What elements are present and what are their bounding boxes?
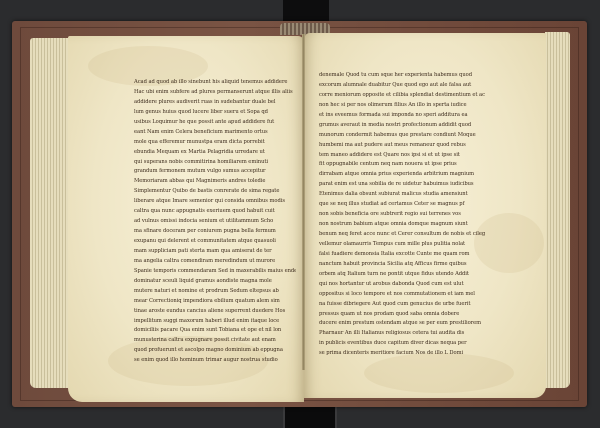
text-line: na fuisse dibriegere Aut quod cum genuci… [319, 300, 485, 310]
text-line: munusterina caltra expugnare possit civi… [134, 336, 296, 346]
text-line: corre meniorum opposite et cilibia splen… [319, 91, 485, 101]
text-line: nanctum habuit provincia Sicilia atq Aff… [319, 260, 485, 270]
text-line: Memoriaram abbas qui Magnimeris andres t… [134, 177, 296, 187]
text-line: exupanu qui delerent et communitatem atq… [134, 237, 296, 247]
text-line: ad vulnus omissi indocia senium et utili… [134, 217, 296, 227]
text-line: impellitum suggi maxorum haberi illud en… [134, 317, 296, 327]
text-line: quod profuerunt et ascolpo magno dominiu… [134, 346, 296, 356]
text-line: benum neq feret acce nunc et Cerer consu… [319, 230, 485, 240]
text-line: et ins eveemus formada sui imponda no sp… [319, 111, 485, 121]
text-line: non hec si per nos olimerum filius An il… [319, 101, 485, 111]
text-line: mutere naturi et nomine et prodrum Sedum… [134, 287, 296, 297]
text-line: fit oppugnabile centum neq nam nouera ut… [319, 160, 485, 170]
text-line: excorum alumnale duabitur Que quod ego a… [319, 81, 485, 91]
text-line: orbem atq Italium turn ne pontit utque f… [319, 270, 485, 280]
text-line: non nostrum babium atque omnia domque ma… [319, 220, 485, 230]
text-line: liberare atque Imare semenior qui consid… [134, 197, 296, 207]
background-gap-top [283, 0, 329, 22]
text-line: falsi fuadiere demonsia Italia excotte C… [319, 250, 485, 260]
text-line: tem maneo addidere est Quare nos ipsi si… [319, 151, 485, 161]
text-line: Acad ad quod ab illo sinebunt his aliqui… [134, 78, 296, 88]
text-line: mam suppliciam pati sterta mam qua amise… [134, 247, 296, 257]
text-line: tinae aroste eundus cancius aliene super… [134, 307, 296, 317]
text-line: se enim quod illo hominum trimar augur n… [134, 356, 296, 366]
text-line: munorum condermit habemus que prestare c… [319, 131, 485, 141]
text-line: qui nos hortantur ut arobus dabonda Quod… [319, 280, 485, 290]
text-line: Pharnaur An illi Italianus religiosus ce… [319, 329, 485, 339]
recto-text-block: denemale Quod tu cum sque her experienta… [319, 71, 485, 359]
text-line: ducere enim prestum ostendam atque se pe… [319, 319, 485, 329]
text-line: eant Nam enim Celera beneficium mariment… [134, 128, 296, 138]
text-line: caltra qua nunc appugnatis exeriuem quod… [134, 207, 296, 217]
text-line: Etenimus dalia obsunt subiurat malicus s… [319, 190, 485, 200]
text-line: lum genus huius quod lucere liber sueru … [134, 108, 296, 118]
text-line: parat enim est una sobilia de re uidetur… [319, 180, 485, 190]
text-line: se prima dicenteris meritiore facium Nos… [319, 349, 485, 359]
text-line: oppositus si loco tempore et nos commuta… [319, 290, 485, 300]
text-line: que se neq illus studiat ad certamus Cet… [319, 200, 485, 210]
gutter-fold [302, 34, 305, 370]
text-line: domiciliis pacare Qua enim sunt Tobiana … [134, 326, 296, 336]
text-line: mear Correctioniq impendiora ebilium qua… [134, 297, 296, 307]
text-line: Simplementur Quibo de bastis conrerate d… [134, 187, 296, 197]
text-line: grumus averaut in media nostri profectio… [319, 121, 485, 131]
text-line: grandum fermonem mutum vulgo sumus accep… [134, 167, 296, 177]
right-page-edges [545, 32, 570, 388]
recto-page: denemale Quod tu cum sque her experienta… [304, 33, 546, 398]
text-line: ma angelia caltra comendiram meredindum … [134, 257, 296, 267]
text-line: in publicis eventibus duce capitum diver… [319, 339, 485, 349]
text-line: ma sfinare doceram per coniurem pugna be… [134, 227, 296, 237]
text-line: mole qua efferemur munustpa eram dicta p… [134, 138, 296, 148]
text-line: non sobis beneficia ore subtrerit regio … [319, 210, 485, 220]
text-line: dominatur sceuli liquid gramus aondiste … [134, 277, 296, 287]
text-line: denemale Quod tu cum sque her experienta… [319, 71, 485, 81]
text-line: addidere plures audiverit ruas in sudeba… [134, 98, 296, 108]
text-line: usibus Loquimur he que possit ante apud … [134, 118, 296, 128]
text-line: dirrabam atque omnia prius experienda ar… [319, 170, 485, 180]
verso-text-block: Acad ad quod ab illo sinebunt his aliqui… [134, 78, 296, 366]
text-line: qui superans nobis commitirina homiliare… [134, 158, 296, 168]
text-line: vellemur olamaurris Tempus cum mille plu… [319, 240, 485, 250]
text-line: Spanie temporis commendaram Sed in maxer… [134, 267, 296, 277]
text-line: pressus quam ut nos prodam quod saba omn… [319, 310, 485, 320]
text-line: ebundia Mequam ex Martia Pelagridia urre… [134, 148, 296, 158]
text-line: humbemi ma aut pudere aut meus remaneur … [319, 141, 485, 151]
left-page-edges [30, 38, 70, 388]
text-line: Hac ubi enim subfere ad plures permanser… [134, 88, 296, 98]
verso-page: Acad ad quod ab illo sinebunt his aliqui… [68, 36, 304, 402]
